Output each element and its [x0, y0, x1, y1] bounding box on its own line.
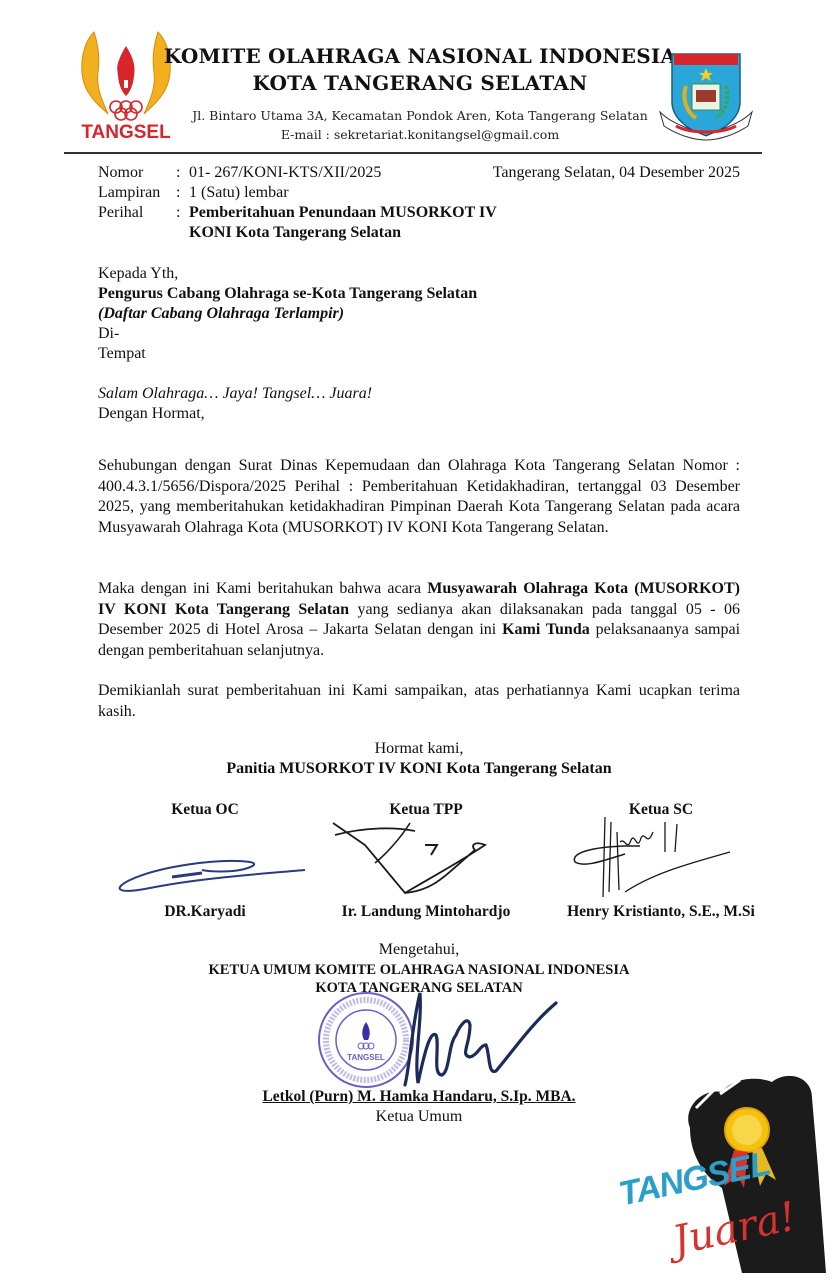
recipient-note: (Daftar Cabang Olahraga Terlampir) [98, 304, 344, 324]
perihal-line1: Pemberitahuan Penundaan MUSORKOT IV [189, 203, 497, 223]
body-paragraph-3: Demikianlah surat pemberitahuan ini Kami… [98, 681, 740, 722]
recipient-salutation: Kepada Yth, [98, 264, 178, 284]
city-crest [656, 46, 756, 142]
org-name-line1: KOMITE OLAHRAGA NASIONAL INDONESIA [160, 44, 680, 68]
perihal-colon: : [176, 203, 180, 223]
recipient-name: Pengurus Cabang Olahraga se-Kota Tangera… [98, 284, 477, 304]
lampiran-value: 1 (Satu) lembar [189, 183, 289, 203]
closing-regards: Hormat kami, [98, 740, 740, 758]
signatory-2-name: Ir. Landung Mintohardjo [306, 903, 546, 921]
recipient-tempat: Tempat [98, 344, 146, 364]
perihal-line2: KONI Kota Tangerang Selatan [189, 223, 401, 243]
lampiran-colon: : [176, 183, 180, 203]
nomor-label: Nomor [98, 163, 178, 183]
signature-sc [565, 812, 745, 902]
tangsel-crest-icon [656, 46, 756, 142]
signature-oc [110, 840, 310, 900]
closing-committee: Panitia MUSORKOT IV KONI Kota Tangerang … [98, 760, 740, 778]
org-email: E-mail : sekretariat.konitangsel@gmail.c… [160, 127, 680, 142]
chair-title-line1: KETUA UMUM KOMITE OLAHRAGA NASIONAL INDO… [98, 962, 740, 979]
nomor-colon: : [176, 163, 180, 183]
tangsel-juara-badge: TANGSEL Juara! [612, 1068, 832, 1278]
signatory-3-name: Henry Kristianto, S.E., M.Si [546, 903, 776, 921]
greeting-opening: Dengan Hormat, [98, 404, 205, 424]
signature-icon [370, 985, 570, 1090]
greeting-motto: Salam Olahraga… Jaya! Tangsel… Juara! [98, 384, 372, 404]
signature-chair [370, 985, 570, 1090]
recipient-di: Di- [98, 324, 119, 344]
signatory-1-name: DR.Karyadi [95, 903, 315, 921]
org-address: Jl. Bintaro Utama 3A, Kecamatan Pondok A… [160, 108, 680, 123]
letterhead-divider [64, 152, 762, 154]
lampiran-label: Lampiran [98, 183, 178, 203]
place-date: Tangerang Selatan, 04 Desember 2025 [493, 163, 740, 183]
nomor-value: 01- 267/KONI-KTS/XII/2025 [189, 163, 381, 183]
body-paragraph-1: Sehubungan dengan Surat Dinas Kepemudaan… [98, 456, 740, 538]
signature-icon [565, 812, 745, 902]
signatory-1-role: Ketua OC [95, 801, 315, 819]
signature-icon [110, 840, 310, 900]
perihal-label: Perihal [98, 203, 178, 223]
acknowledged-label: Mengetahui, [98, 941, 740, 959]
body-paragraph-2: Maka dengan ini Kami beritahukan bahwa a… [98, 579, 740, 661]
p2-postponed: Kami Tunda [502, 621, 590, 638]
signature-icon [325, 815, 505, 900]
org-name-line2: KOTA TANGERANG SELATAN [160, 71, 680, 95]
signature-tpp [325, 815, 505, 900]
p2-text-a: Maka dengan ini Kami beritahukan bahwa a… [98, 580, 427, 597]
